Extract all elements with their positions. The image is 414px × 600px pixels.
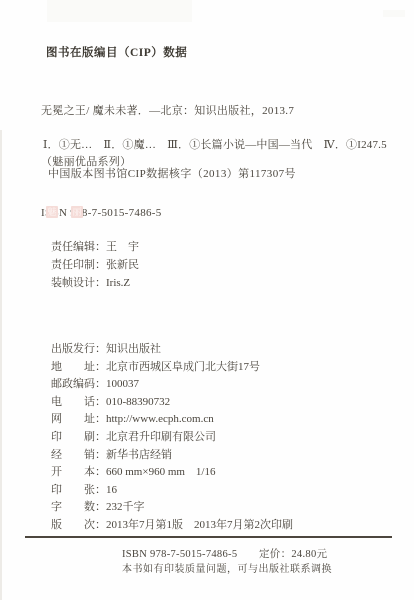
publication-label: 邮政编码： [51, 378, 106, 390]
publication-label: 电 话： [51, 396, 106, 408]
publication-value: http://www.ecph.com.cn [106, 413, 214, 425]
publication-value: 2013年7月第1版 2013年7月第2次印刷 [106, 519, 293, 531]
publication-label: 经 销： [51, 449, 106, 461]
credit-row-design: 装帧设计：Iris.Z [51, 274, 139, 292]
publication-value: 16 [106, 484, 117, 496]
credit-label: 责任印制： [51, 259, 106, 271]
publication-row-edition: 版 次：2013年7月第1版 2013年7月第2次印刷 [51, 517, 293, 535]
publication-row-website: 网 址：http://www.ecph.com.cn [51, 411, 293, 429]
publication-row-phone: 电 话：010-88390732 [51, 394, 293, 412]
publication-label: 地 址： [51, 361, 106, 373]
publication-block: 出版发行：知识出版社 地 址：北京市西城区阜成门北大街17号 邮政编码：1000… [51, 341, 293, 535]
publication-row-sheets: 印 张：16 [51, 482, 293, 500]
footer-isbn-price-line: ISBN 978-7-5015-7486-5 定价：24.80元 [122, 546, 327, 561]
publication-value: 100037 [106, 378, 139, 390]
book-copyright-page: 图书在版编目（CIP）数据 无冕之王/ 魔未未著．—北京：知识出版社，2013.… [0, 0, 414, 600]
publication-row-printer: 印 刷：北京君升印刷有限公司 [51, 429, 293, 447]
publication-label: 字 数： [51, 501, 106, 513]
credits-block: 责任编辑：王 宇 责任印制：张新民 装帧设计：Iris.Z [51, 238, 139, 292]
publication-row-publisher: 出版发行：知识出版社 [51, 341, 293, 359]
publication-label: 印 张： [51, 484, 106, 496]
credit-value: Iris.Z [106, 277, 130, 289]
footer-divider-rule [25, 536, 392, 538]
credit-value: 王 宇 [106, 241, 139, 253]
publication-row-distributor: 经 销：新华书店经销 [51, 447, 293, 465]
cip-block: 无冕之王/ 魔未未著．—北京：知识出版社，2013.7 （魅丽优品系列） ISB… [41, 69, 294, 256]
credit-row-printing: 责任印制：张新民 [51, 256, 139, 274]
publication-value: 660 mm×960 mm 1/16 [106, 466, 215, 478]
publication-value: 232千字 [106, 501, 145, 513]
publication-label: 版 次： [51, 519, 106, 531]
publication-value: 知识出版社 [106, 343, 161, 355]
publication-row-address: 地 址：北京市西城区阜成门北大街17号 [51, 359, 293, 377]
publication-value: 010-88390732 [106, 396, 170, 408]
credit-label: 责任编辑： [51, 241, 106, 253]
series-logo-square-1: 魅 [46, 206, 58, 218]
footer-note-line: 本书如有印装质量问题，可与出版社联系调换 [122, 560, 332, 575]
page-edge-shadow [0, 130, 2, 600]
publication-label: 印 刷： [51, 431, 106, 443]
publication-row-postcode: 邮政编码：100037 [51, 376, 293, 394]
publication-label: 出版发行： [51, 343, 106, 355]
scan-artifact [47, 0, 192, 22]
scan-artifact [383, 10, 405, 17]
cip-record-number: 中国版本图书馆CIP数据核字（2013）第117307号 [48, 165, 296, 181]
publication-label: 开 本： [51, 466, 106, 478]
publication-value: 新华书店经销 [106, 449, 172, 461]
publication-row-format: 开 本：660 mm×960 mm 1/16 [51, 464, 293, 482]
publication-row-wordcount: 字 数：232千字 [51, 499, 293, 517]
publication-label: 网 址： [51, 413, 106, 425]
series-logo-stamp: 魅 丽 [46, 206, 83, 218]
publication-value: 北京君升印刷有限公司 [106, 431, 216, 443]
cip-classification-line: Ⅰ．①无… Ⅱ．①魔… Ⅲ．①长篇小说—中国—当代 Ⅳ．①I247.5 [43, 136, 387, 152]
series-logo-square-2: 丽 [71, 206, 83, 218]
credit-label: 装帧设计： [51, 277, 106, 289]
credit-row-editor: 责任编辑：王 宇 [51, 238, 139, 256]
credit-value: 张新民 [106, 259, 139, 271]
cip-heading: 图书在版编目（CIP）数据 [46, 44, 187, 60]
publication-value: 北京市西城区阜成门北大街17号 [106, 361, 260, 373]
cip-title-line: 无冕之王/ 魔未未著．—北京：知识出版社，2013.7 [41, 103, 294, 120]
